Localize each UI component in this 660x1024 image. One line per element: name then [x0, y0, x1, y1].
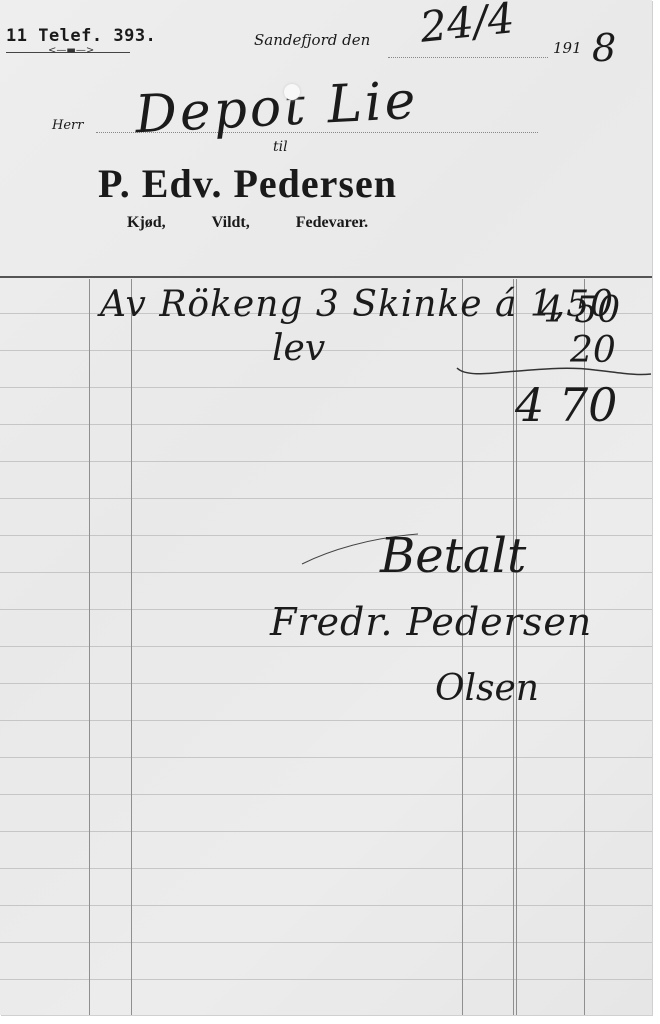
- row-line: [0, 720, 652, 721]
- firm-name: P. Edv. Pedersen: [98, 160, 397, 207]
- row-line: [0, 942, 652, 943]
- handwritten-year-digit: 8: [592, 26, 616, 70]
- handwritten-customer: Depot Lie: [134, 71, 420, 146]
- header-rule: [0, 276, 652, 278]
- row-line: [0, 868, 652, 869]
- place-label: Sandefjord den: [254, 31, 370, 49]
- row-line: [0, 683, 652, 684]
- row-line: [0, 572, 652, 573]
- signature-second-line: Olsen: [435, 668, 539, 709]
- line-item-description: Av Rökeng 3 Skinke á 1,50: [100, 284, 614, 325]
- goods-item: Vildt,: [212, 214, 250, 232]
- line-item-amount: 4 50: [540, 290, 620, 331]
- handwritten-date: 24/4: [418, 0, 517, 52]
- ornament-icon: <—▬—>: [48, 45, 94, 56]
- date-line: [388, 57, 548, 58]
- row-line: [0, 646, 652, 647]
- column-rule-double: [513, 279, 514, 1015]
- row-line: [0, 461, 652, 462]
- year-prefix: 191: [553, 39, 582, 57]
- line-item-description: lev: [272, 328, 325, 369]
- goods-item: Fedevarer.: [296, 214, 368, 232]
- invoice-paper: 11 Telef. 393. <—▬—> Sandefjord den 24/4…: [0, 0, 652, 1015]
- customer-label: Herr: [52, 118, 83, 133]
- punch-hole: [284, 84, 300, 100]
- goods-list: Kjød,Vildt,Fedevarer.: [127, 214, 368, 232]
- row-line: [0, 757, 652, 758]
- phone-number: 11 Telef. 393.: [6, 26, 156, 46]
- row-line: [0, 794, 652, 795]
- to-label: til: [273, 139, 288, 155]
- row-line: [0, 350, 652, 351]
- total-amount: 4 70: [515, 378, 617, 432]
- column-rule: [89, 279, 90, 1015]
- row-line: [0, 905, 652, 906]
- paid-note: Betalt: [380, 528, 526, 584]
- column-rule: [131, 279, 132, 1015]
- signature: Fredr. Pedersen: [270, 600, 592, 644]
- row-line: [0, 979, 652, 980]
- column-rule: [462, 279, 463, 1015]
- row-line: [0, 831, 652, 832]
- goods-item: Kjød,: [127, 214, 166, 232]
- row-line: [0, 498, 652, 499]
